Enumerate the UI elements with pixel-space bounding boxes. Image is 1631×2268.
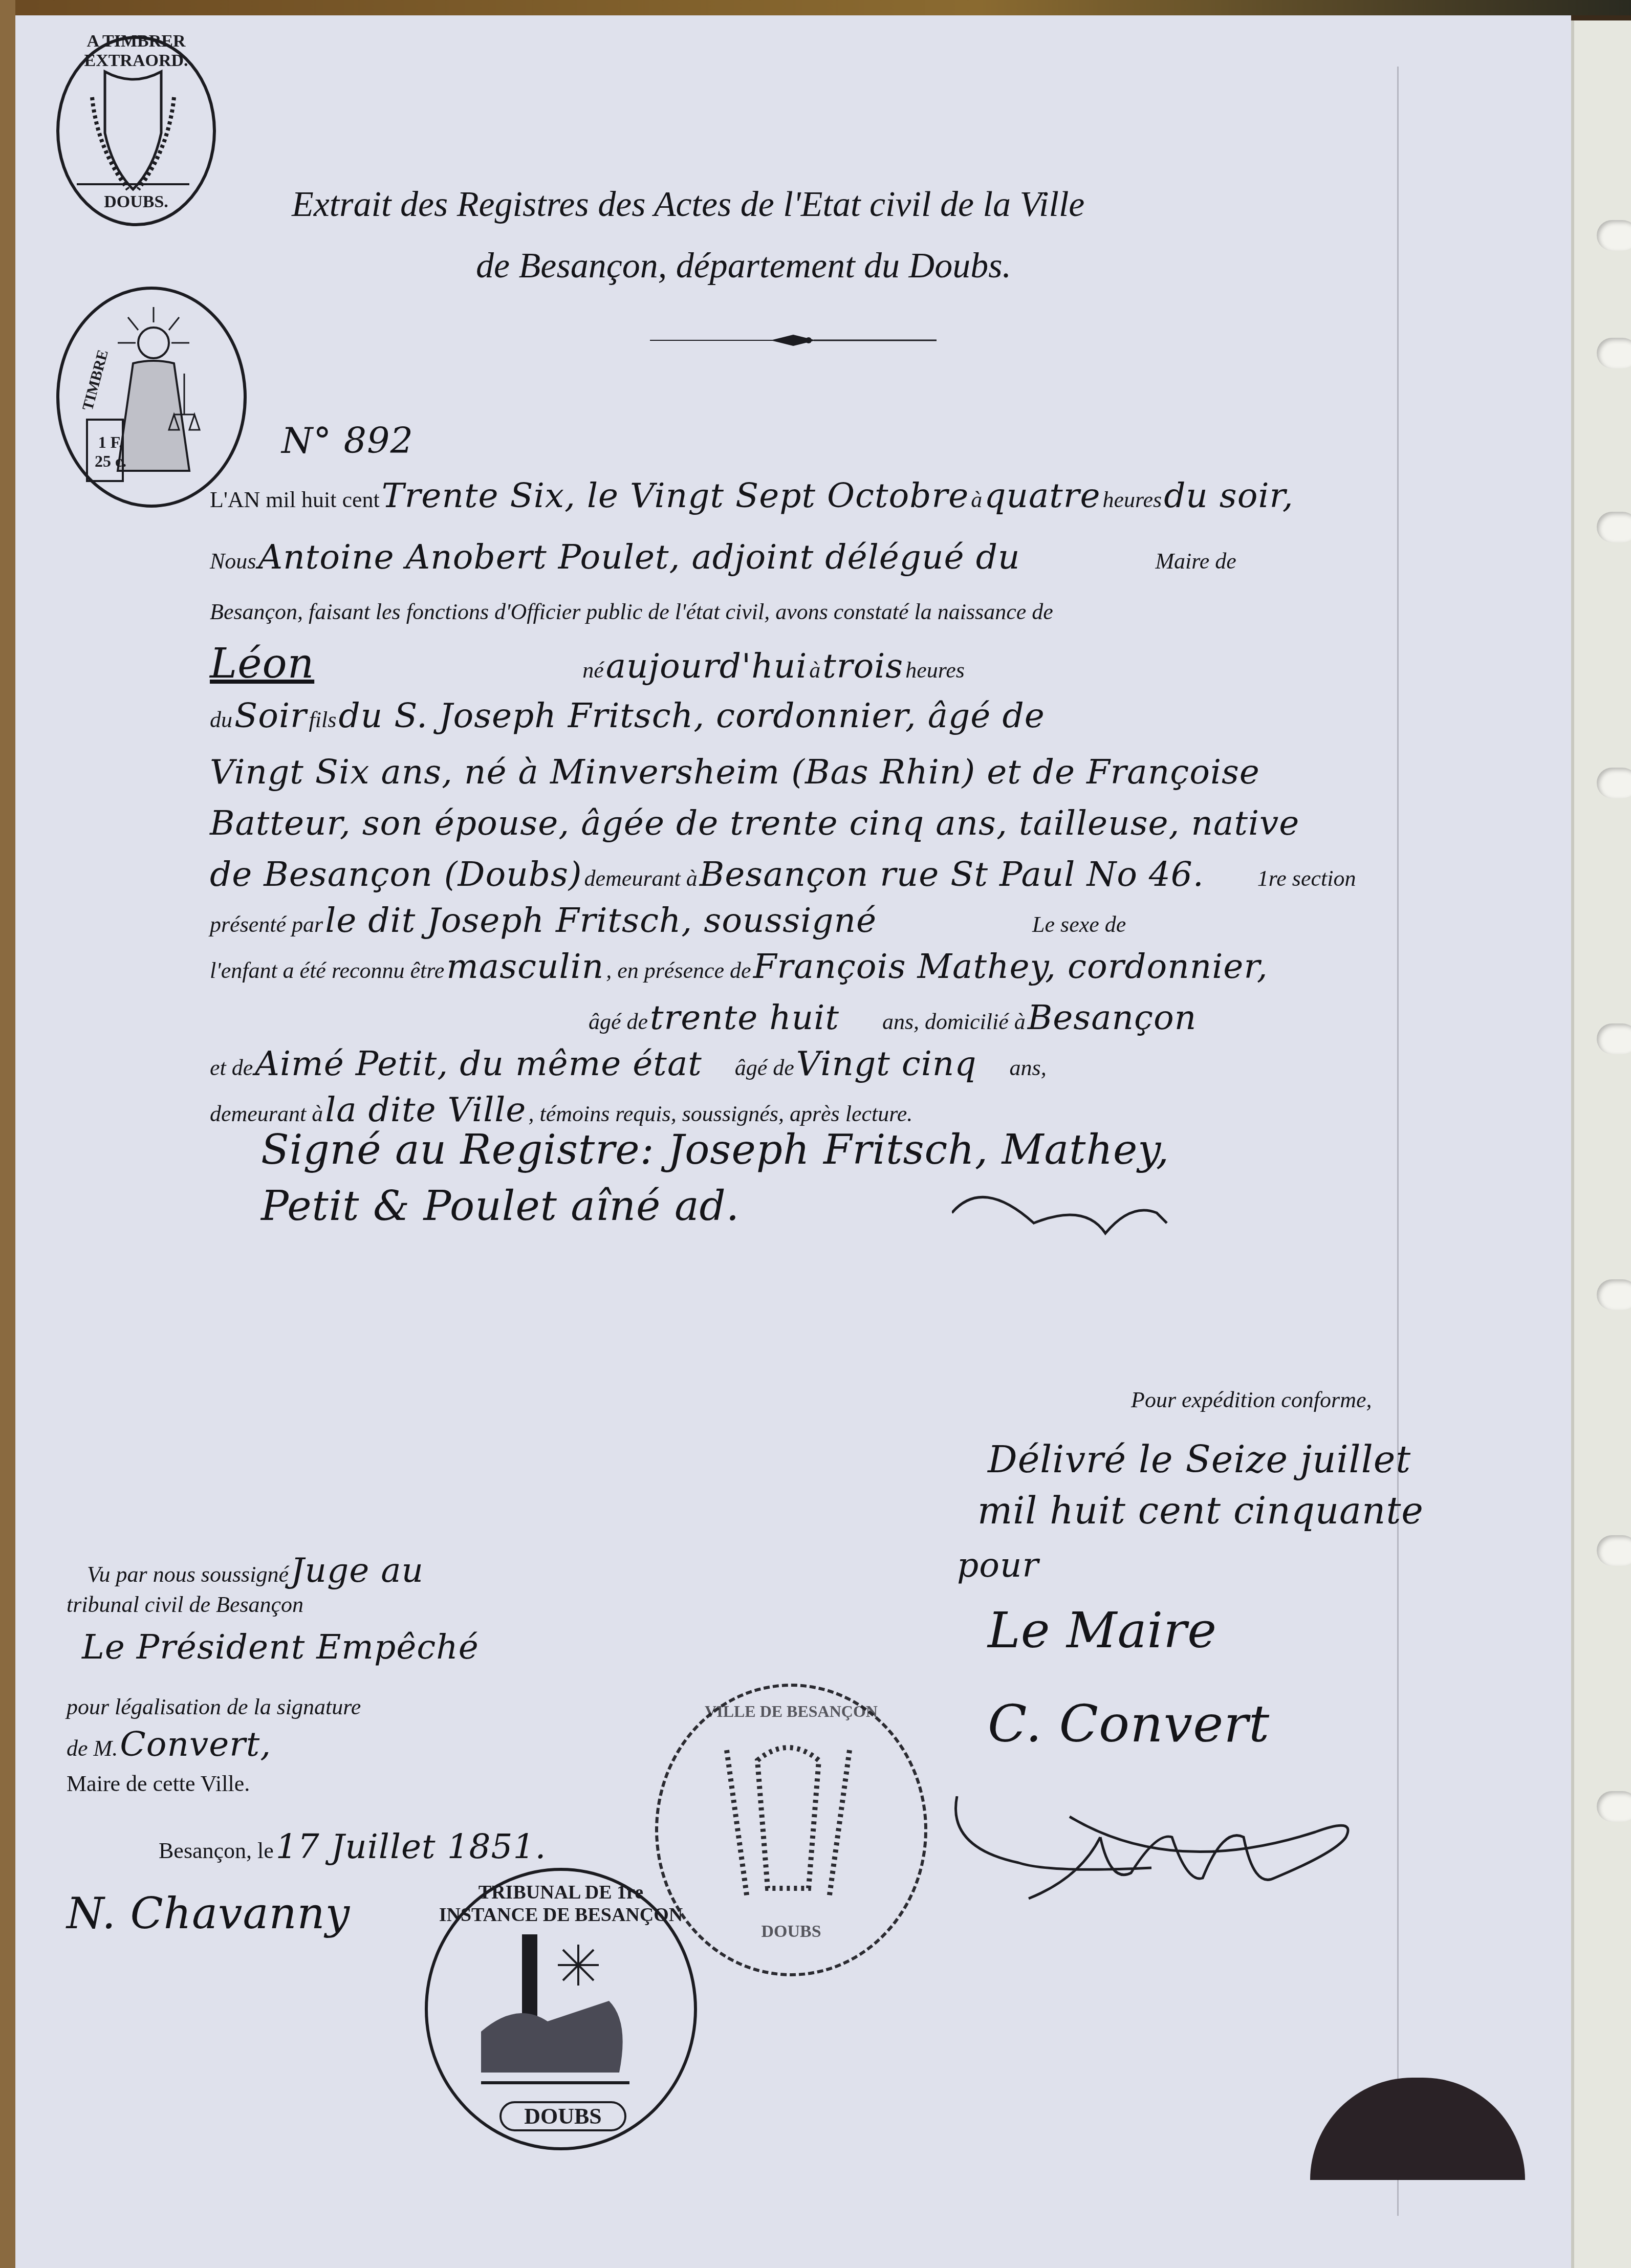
line-2: Nous Antoine Anobert Poulet, adjoint dél… [210,537,1236,577]
line-12: et de Aimé Petit, du même état âgé de Vi… [210,1044,1047,1083]
stamp-bottom-text: DOUBS. [59,192,213,212]
register-signatures-line1: Signé au Registre: Joseph Fritsch, Mathe… [261,1126,1169,1173]
punch-hole [1597,768,1631,798]
punch-hole [1597,1023,1631,1054]
legalisation-line1: Vu par nous soussigné Juge au [87,1551,424,1590]
line-4: Léon né aujourd'hui à trois heures [210,640,965,687]
punch-hole [1597,1535,1631,1566]
line-7: Batteur, son épouse, âgée de trente cinq… [210,803,1299,843]
ornament-divider-icon [650,333,937,348]
record-number: N° 892 [281,420,414,462]
line-9: présenté par le dit Joseph Fritsch, sous… [210,901,1126,940]
expedition-date-line1: Délivré le Seize juillet [988,1438,1411,1481]
judge-signature: N. Chavanny [67,1888,350,1938]
timbre-tax-stamp: TIMBRE 1 F. 25 c. [56,287,247,508]
seal-ring-text: TRIBUNAL DE 1re INSTANCE DE BESANÇON [428,1881,694,1926]
punch-hole [1597,512,1631,542]
legalisation-line5: Maire de cette Ville. [67,1771,250,1797]
seal-bottom-text: DOUBS [658,1922,924,1942]
line-1: L'AN mil huit cent Trente Six, le Vingt … [210,476,1294,515]
document-title-line1: Extrait des Registres des Actes de l'Eta… [292,184,1084,225]
legalisation-date: Besançon, le 17 Juillet 1851. [159,1827,547,1866]
mairie-seal: VILLE DE BESANÇON DOUBS [655,1684,927,1976]
line-13: demeurant à la dite Ville , témoins requ… [210,1090,912,1129]
line-6: Vingt Six ans, né à Minversheim (Bas Rhi… [210,752,1260,792]
line-10: l'enfant a été reconnu être masculin , e… [210,947,1268,986]
legalisation-line3: pour légalisation de la signature [67,1694,361,1720]
document-title-line2: de Besançon, département du Doubs. [476,246,1011,287]
document-page: A TIMBRER EXTRAORD. DOUBS. TIMBRE 1 F. 2… [15,15,1571,2268]
punch-hole [1597,1279,1631,1310]
flourish-icon [952,1182,1310,1244]
register-signatures-line2: Petit & Poulet aîné ad. [261,1182,740,1230]
line-11: âgé de trente huit ans, domicilié à Besa… [589,998,1197,1037]
expedition-label: Pour expédition conforme, [1131,1387,1372,1413]
wooden-frame-top [0,0,1631,15]
line-3: Besançon, faisant les fonctions d'Offici… [210,599,1053,625]
expedition-maire: Le Maire [988,1602,1217,1659]
punch-hole [1597,338,1631,368]
seal-bottom-text: DOUBS [499,2101,626,2131]
legalisation-line4: de M. Convert, [67,1725,271,1764]
line-5: du Soir fils du S. Joseph Fritsch, cordo… [210,696,1045,735]
stamp-ring-text: A TIMBRER EXTRAORD. [59,32,213,71]
timbre-extraordinaire-stamp: A TIMBRER EXTRAORD. DOUBS. [56,36,216,226]
father-name: du S. Joseph Fritsch, cordonnier, âgé de [338,696,1045,735]
legalisation-line2: tribunal civil de Besançon [67,1591,303,1618]
wooden-frame-left [0,0,15,2268]
stamp-value: 1 F. 25 c. [90,433,131,471]
punch-hole [1597,220,1631,251]
line-8: de Besançon (Doubs) demeurant à Besançon… [210,855,1356,894]
punch-hole [1597,1791,1631,1822]
seal-ring-text: VILLE DE BESANÇON [658,1702,924,1721]
signature-paraph-icon [916,1796,1428,1909]
expedition-pour: pour [957,1545,1039,1585]
expedition-date-line2: mil huit cent cinquante [977,1489,1424,1532]
ink-blot [1310,2078,1525,2180]
mayor-signature: C. Convert [988,1694,1270,1754]
legalisation-president: Le Président Empêché [82,1627,479,1667]
child-name: Léon [210,640,314,687]
